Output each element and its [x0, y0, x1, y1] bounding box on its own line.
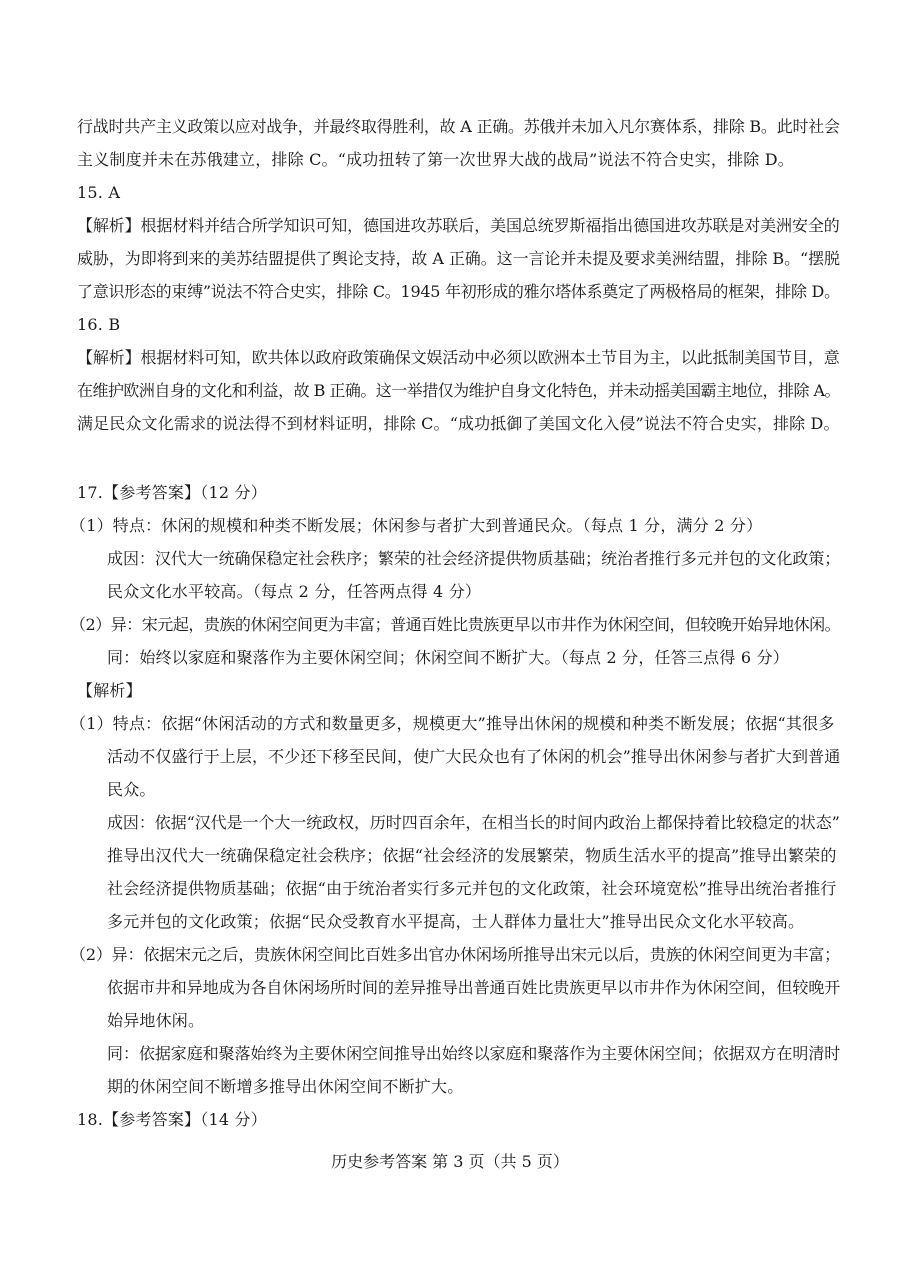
text-line: 主义制度并未在苏俄建立，排除 C。“成功扭转了第一次世界大战的战局”说法不符合史…: [77, 150, 794, 170]
text-line: 17.【参考答案】（12 分）: [77, 483, 267, 503]
text-line: 16. B: [77, 315, 120, 335]
text-line: 依据市井和异地成为各自休闲场所时间的差异推导出普通百姓比贵族更早以市井作为休闲空…: [107, 978, 840, 998]
text-line: 同：始终以家庭和聚落作为主要休闲空间；休闲空间不断扩大。（每点 2 分，任答三点…: [107, 648, 789, 668]
text-line: 满足民众文化需求的说法得不到材料证明，排除 C。“成功抵御了美国文化入侵”说法不…: [77, 414, 840, 434]
text-line: 【解析】根据材料并结合所学知识可知，德国进攻苏联后，美国总统罗斯福指出德国进攻苏…: [77, 216, 840, 236]
text-line: 成因：汉代大一统确保稳定社会秩序；繁荣的社会经济提供物质基础；统治者推行多元并包…: [107, 549, 840, 569]
text-line: 多元并包的文化政策；依据“民众受教育水平提高，士人群体力量壮大”推导出民众文化水…: [107, 912, 804, 932]
text-line: 18.【参考答案】（14 分）: [77, 1110, 267, 1130]
text-line: 威胁，为即将到来的美苏结盟提供了舆论支持，故 A 正确。这一言论并未提及要求美洲…: [77, 249, 840, 269]
text-line: （2）异：宋元起，贵族的休闲空间更为丰富；普通百姓比贵族更早以市井作为休闲空间，…: [70, 615, 840, 635]
text-line: 了意识形态的束缚”说法不符合史实，排除 C。1945 年初形成的雅尔塔体系奠定了…: [77, 282, 840, 302]
text-line: 始异地休闲。: [107, 1011, 204, 1031]
text-line: 活动不仅盛行于上层，不少还下移至民间，使广大民众也有了休闲的机会”推导出休闲参与…: [107, 747, 840, 767]
text-line: 民众。: [107, 780, 156, 800]
text-line: （1）特点：休闲的规模和种类不断发展；休闲参与者扩大到普通民众。（每点 1 分，…: [70, 516, 762, 536]
text-line: （2）异：依据宋元之后，贵族休闲空间比百姓多出官办休闲场所推导出宋元以后，贵族的…: [70, 945, 840, 965]
text-line: 成因：依据“汉代是一个大一统政权，历时四百余年，在相当长的时间内政治上都保持着比…: [107, 813, 840, 833]
text-line: 同：依据家庭和聚落始终为主要休闲空间推导出始终以家庭和聚落作为主要休闲空间；依据…: [107, 1044, 840, 1064]
text-line: 在维护欧洲自身的文化和利益，故 B 正确。这一举措仅为维护自身文化特色，并未动摇…: [77, 381, 840, 401]
text-line: 15. A: [77, 183, 120, 203]
text-line: （1）特点：依据“休闲活动的方式和数量更多，规模更大”推导出休闲的规模和种类不断…: [70, 714, 835, 734]
text-line: 民众文化水平较高。（每点 2 分，任答两点得 4 分）: [107, 582, 481, 602]
text-line: 【解析】: [77, 681, 142, 701]
text-line: 行战时共产主义政策以应对战争，并最终取得胜利，故 A 正确。苏俄并未加入凡尔赛体…: [77, 117, 840, 137]
text-line: 推导出汉代大一统确保稳定社会秩序；依据“社会经济的发展繁荣，物质生活水平的提高”…: [107, 846, 837, 866]
text-line: 期的休闲空间不断增多推导出休闲空间不断扩大。: [107, 1077, 463, 1097]
text-line: 社会经济提供物质基础；依据“由于统治者实行多元并包的文化政策，社会环境宽松”推导…: [107, 879, 837, 899]
page-footer: 历史参考答案 第 3 页（共 5 页）: [0, 1152, 900, 1172]
text-line: 【解析】根据材料可知，欧共体以政府政策确保文娱活动中必须以欧洲本土节目为主，以此…: [77, 348, 840, 368]
